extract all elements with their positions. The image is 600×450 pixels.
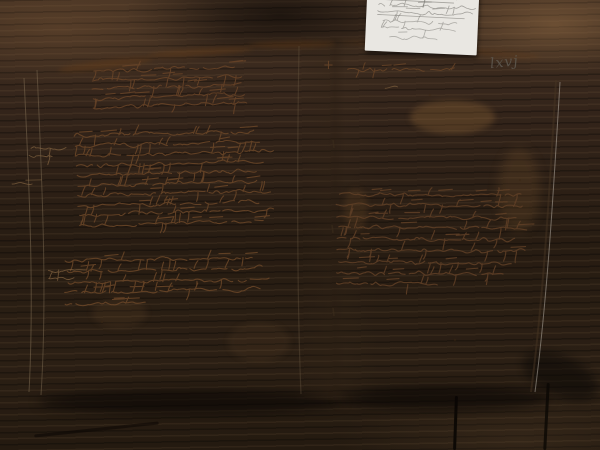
manuscript-photograph: lxvj + bbox=[0, 0, 600, 450]
foxing-stain bbox=[228, 322, 290, 362]
foxing-stain bbox=[92, 298, 147, 328]
archival-note-slip bbox=[365, 0, 480, 55]
note-line-bottom bbox=[390, 29, 438, 41]
note-lines-mid bbox=[377, 0, 475, 23]
note-line-top bbox=[383, 0, 457, 9]
foxing-stain bbox=[344, 188, 368, 230]
foxing-stain bbox=[498, 148, 540, 232]
foxing-stain bbox=[410, 100, 495, 134]
heading-cross: + bbox=[323, 58, 334, 73]
note-handwriting bbox=[365, 0, 480, 55]
